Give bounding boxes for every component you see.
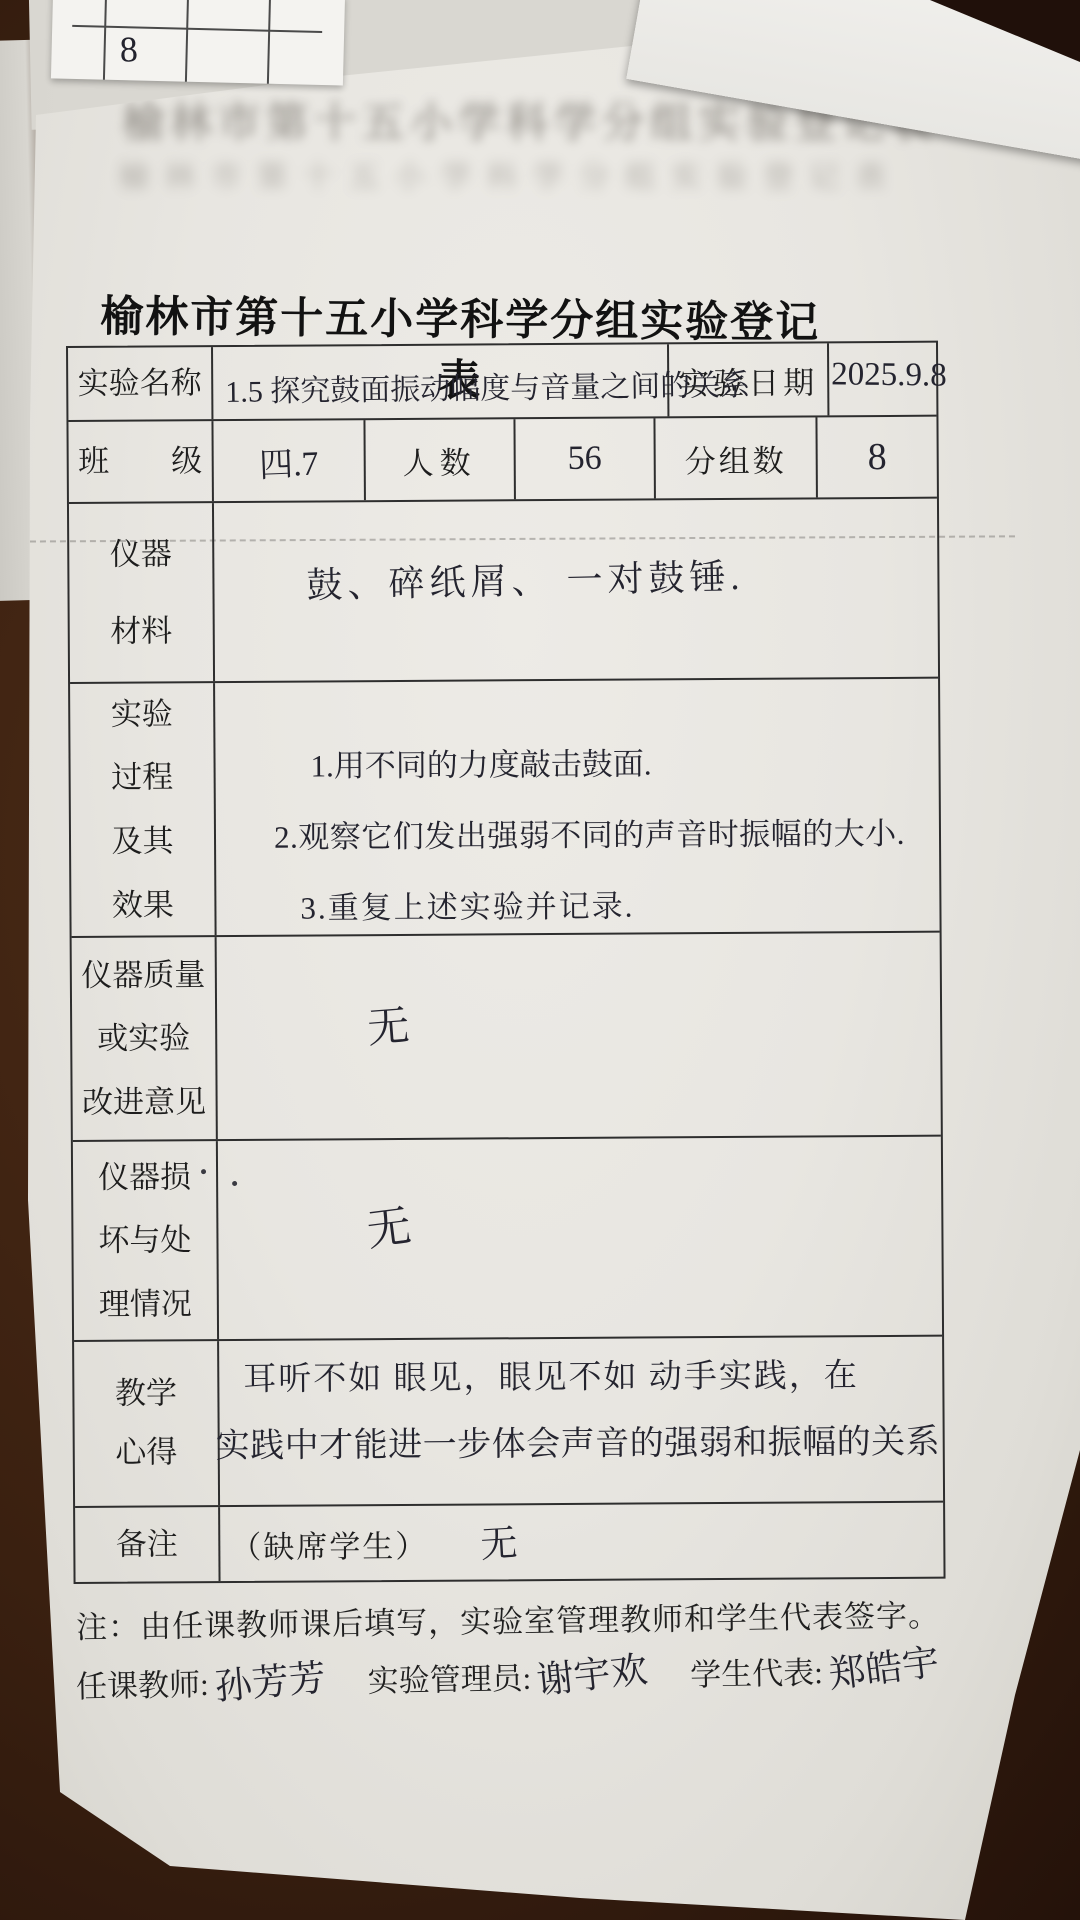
damage-label-line2: 坏与处 bbox=[98, 1208, 191, 1272]
group-count-cell: 8 bbox=[817, 417, 936, 498]
apparatus-label-line1: 仪器 bbox=[110, 515, 172, 593]
experiment-date-cell: 2025.9.8 bbox=[829, 343, 936, 416]
procedure-label-line3: 及其 bbox=[111, 809, 173, 873]
fragment-number-handwritten: 8 bbox=[119, 28, 139, 71]
row-apparatus: 仪器 材料 鼓、碎纸屑、 一对鼓锤. bbox=[69, 499, 938, 684]
experiment-date-handwritten: 2025.9.8 bbox=[831, 356, 947, 394]
procedure-label: 实验 过程 及其 效果 bbox=[70, 683, 217, 936]
row-class-info: 班 级 四.7 人数 56 分组数 8 bbox=[68, 417, 936, 504]
overlapping-sheet-fragment: 8 bbox=[51, 0, 345, 86]
teacher-signature-label: 任课教师: bbox=[76, 1659, 209, 1707]
class-value-cell: 四.7 bbox=[213, 420, 365, 501]
procedure-label-line1: 实验 bbox=[111, 682, 173, 746]
procedure-label-line2: 过程 bbox=[111, 746, 173, 810]
insight-handwritten: 耳听不如 眼见，眼见不如 动手实践，在 实践中才能进一步体会声音的强弱和振幅的关… bbox=[219, 1349, 943, 1467]
experiment-name-label: 实验名称 bbox=[68, 347, 213, 420]
remarks-none-handwritten: 无 bbox=[479, 1512, 519, 1568]
ink-speck bbox=[232, 1181, 237, 1186]
improvement-cell: 无 bbox=[217, 933, 941, 1139]
fragment-grid-line bbox=[103, 0, 107, 80]
student-rep-signature-label: 学生代表: bbox=[690, 1647, 823, 1695]
improvement-label: 仪器质量 或实验 改进意见 bbox=[72, 937, 218, 1140]
class-value-handwritten: 四.7 bbox=[212, 418, 365, 504]
absent-students-prefix: （缺席学生） bbox=[220, 1520, 428, 1566]
damage-label-line3: 理情况 bbox=[99, 1272, 192, 1336]
lab-manager-signature-label: 实验管理员: bbox=[367, 1653, 531, 1701]
ink-speck bbox=[201, 1169, 206, 1174]
apparatus-label: 仪器 材料 bbox=[69, 503, 215, 682]
lab-manager-signature-name: 谢宇欢 bbox=[534, 1639, 650, 1704]
row-improvement: 仪器质量 或实验 改进意见 无 bbox=[72, 933, 941, 1142]
improvement-label-line2: 或实验 bbox=[97, 1006, 190, 1070]
procedure-step-2: 2.观察它们发出强弱不同的声音时振幅的大小. bbox=[274, 808, 939, 857]
row-experiment-name: 实验名称 1.5 探究鼓面振动幅度与音量之间的关系 实验日期 2025.9.8 bbox=[68, 343, 936, 422]
group-count-label: 分组数 bbox=[655, 417, 817, 498]
remarks-cell: （缺席学生） 无 bbox=[220, 1503, 943, 1581]
row-damage: 仪器损 坏与处 理情况 无 bbox=[73, 1137, 942, 1342]
people-count-handwritten: 56 bbox=[515, 418, 653, 499]
form-paper: 榆林市第十五小学科学分组实验登记表 榆林市第十五小学科学分组实验登记表 榆林市第… bbox=[0, 0, 1080, 1920]
remarks-label: 备注 bbox=[75, 1507, 220, 1582]
procedure-step-3: 3.重复上述实验并记录. bbox=[300, 879, 939, 928]
improvement-none-handwritten: 无 bbox=[365, 993, 411, 1056]
row-insight: 教学 心得 耳听不如 眼见，眼见不如 动手实践，在 实践中才能进一步体会声音的强… bbox=[74, 1337, 943, 1508]
fragment-grid-line bbox=[267, 0, 271, 84]
insight-label-line1: 教学 bbox=[115, 1364, 177, 1423]
footer-note: 注：由任课教师课后填写，实验室管理教师和学生代表签字。 bbox=[76, 1590, 941, 1647]
teacher-signature-name: 孙芳芳 bbox=[212, 1647, 327, 1711]
insight-line-1: 耳听不如 眼见，眼见不如 动手实践，在 bbox=[243, 1349, 942, 1400]
apparatus-handwritten: 鼓、碎纸屑、 一对鼓锤. bbox=[306, 549, 745, 609]
procedure-cell: 1.用不同的力度敲击鼓面. 2.观察它们发出强弱不同的声音时振幅的大小. 3.重… bbox=[215, 679, 940, 935]
damage-none-handwritten: 无 bbox=[362, 1189, 414, 1258]
improvement-label-line1: 仪器质量 bbox=[81, 943, 205, 1007]
teacher-signature: 任课教师: 孙芳芳 bbox=[76, 1657, 327, 1716]
insight-cell: 耳听不如 眼见，眼见不如 动手实践，在 实践中才能进一步体会声音的强弱和振幅的关… bbox=[219, 1337, 943, 1505]
registration-table: 实验名称 1.5 探究鼓面振动幅度与音量之间的关系 实验日期 2025.9.8 … bbox=[66, 341, 946, 1584]
damage-label-line1: 仪器损 bbox=[98, 1145, 191, 1209]
improvement-label-line3: 改进意见 bbox=[82, 1070, 206, 1134]
people-count-cell: 56 bbox=[515, 418, 655, 499]
people-count-label: 人数 bbox=[365, 419, 515, 500]
class-label: 班 级 bbox=[68, 421, 213, 502]
apparatus-label-line2: 材料 bbox=[110, 592, 172, 670]
procedure-step-1: 1.用不同的力度敲击鼓面. bbox=[310, 737, 938, 786]
insight-label-line2: 心得 bbox=[115, 1423, 177, 1482]
photo-of-desk: { "page": { "title": "榆林市第十五小学科学分组实验登记表"… bbox=[0, 0, 1080, 1920]
student-rep-signature: 学生代表: 郑皓宇 bbox=[690, 1645, 941, 1704]
row-procedure: 实验 过程 及其 效果 1.用不同的力度敲击鼓面. 2.观察它们发出强弱不同的声… bbox=[70, 679, 940, 938]
fragment-grid-line bbox=[185, 0, 189, 82]
experiment-name-handwritten: 1.5 探究鼓面振动幅度与音量之间的关系 bbox=[225, 360, 751, 411]
signature-row: 任课教师: 孙芳芳 实验管理员: 谢宇欢 学生代表: 郑皓宇 bbox=[76, 1643, 1057, 1716]
procedure-label-line4: 效果 bbox=[112, 873, 174, 937]
damage-label: 仪器损 坏与处 理情况 bbox=[73, 1141, 219, 1340]
apparatus-cell: 鼓、碎纸屑、 一对鼓锤. bbox=[214, 499, 938, 681]
insight-label: 教学 心得 bbox=[74, 1341, 220, 1506]
row-remarks: 备注 （缺席学生） 无 bbox=[75, 1503, 943, 1582]
bleed-through-text-faint: 榆林市第十五小学科学分组实验登记表 bbox=[70, 152, 950, 196]
lab-manager-signature: 实验管理员: 谢宇欢 bbox=[367, 1650, 649, 1709]
fragment-grid-line bbox=[72, 25, 322, 33]
procedure-handwritten: 1.用不同的力度敲击鼓面. 2.观察它们发出强弱不同的声音时振幅的大小. 3.重… bbox=[215, 737, 939, 928]
student-rep-signature-name: 郑皓宇 bbox=[825, 1631, 942, 1698]
damage-cell: 无 bbox=[218, 1137, 942, 1339]
insight-line-2: 实践中才能进一步体会声音的强弱和振幅的关系 bbox=[216, 1414, 943, 1467]
experiment-name-cell: 1.5 探究鼓面振动幅度与音量之间的关系 bbox=[213, 344, 669, 419]
group-count-handwritten: 8 bbox=[817, 417, 936, 498]
